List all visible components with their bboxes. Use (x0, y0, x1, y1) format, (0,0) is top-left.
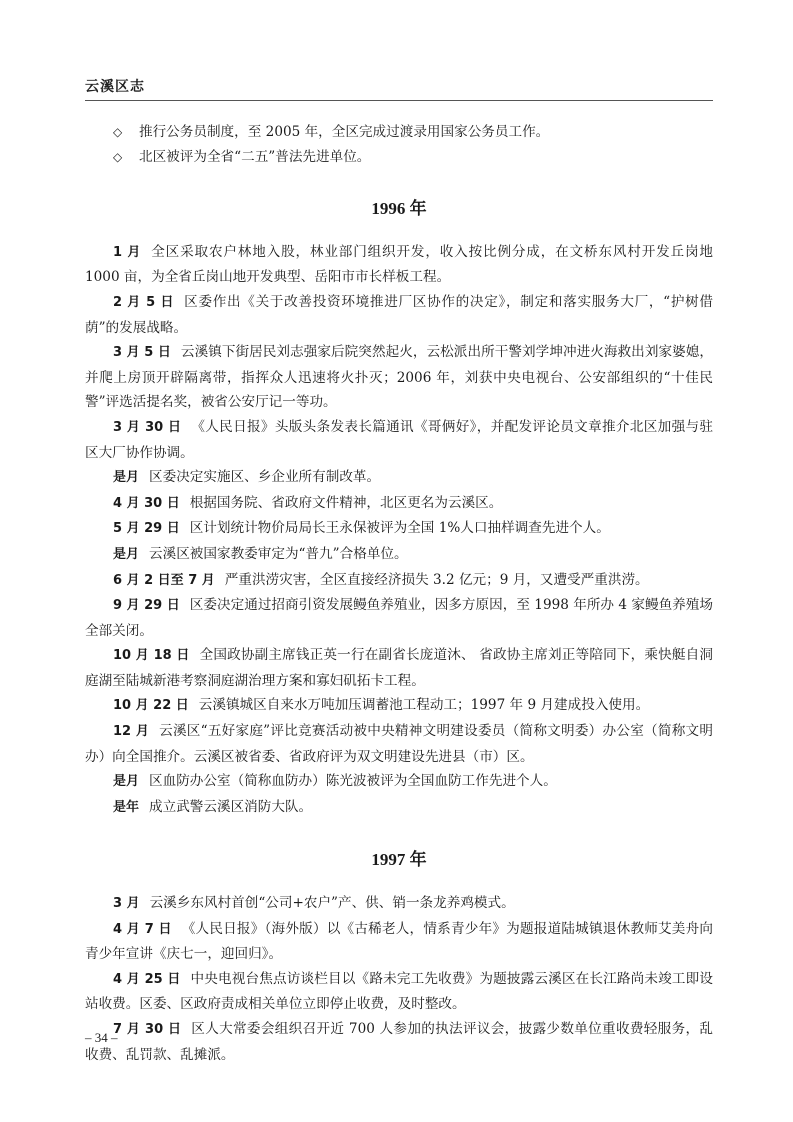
chronicle-entry: 是年成立武警云溪区消防大队。 (85, 795, 713, 821)
chronicle-entry: 3 月 30 日《人民日报》头版头条发表长篇通讯《哥俩好》，并配发评论员文章推介… (85, 415, 713, 465)
year-heading: 1997 年 (85, 848, 713, 873)
running-header: 云溪区志 (85, 76, 145, 96)
bullet-item: ◇ 推行公务员制度，至 2005 年，全区完成过渡录用国家公务员工作。 (113, 120, 713, 145)
chronicle-entry: 7 月 30 日区人大常委会组织召开近 700 人参加的执法评议会，披露少数单位… (85, 1017, 713, 1067)
entry-date: 4 月 30 日 (113, 496, 180, 511)
entry-text: 《人民日报》（海外版）以《古稀老人，情系青少年》为题报道陆城镇退休教师艾美舟向青… (85, 921, 713, 963)
page-content: ◇ 推行公务员制度，至 2005 年，全区完成过渡录用国家公务员工作。 ◇ 北区… (85, 120, 713, 1067)
chronicle-entry: 3 月 5 日云溪镇下街居民刘志强家后院突然起火，云松派出所干警刘学坤冲进火海救… (85, 340, 713, 415)
entry-text: 云溪区被国家教委审定为“普九”合格单位。 (149, 546, 408, 562)
entry-text: 云溪区“五好家庭”评比竞赛活动被中央精神文明建设委员（简称文明委）办公室（简称文… (85, 723, 713, 765)
entry-date: 10 月 18 日 (113, 648, 190, 663)
bullet-text: 推行公务员制度，至 2005 年，全区完成过渡录用国家公务员工作。 (139, 120, 549, 145)
entry-date: 3 月 (113, 896, 140, 911)
chronicle-entry: 3 月云溪乡东风村首创“公司+农户”产、供、销一条龙养鸡模式。 (85, 891, 713, 917)
entry-text: 区委决定实施区、乡企业所有制改革。 (149, 469, 380, 485)
entry-date: 是年 (113, 800, 139, 815)
chronicle-entry: 4 月 7 日《人民日报》（海外版）以《古稀老人，情系青少年》为题报道陆城镇退休… (85, 917, 713, 967)
chronicle-entry: 9 月 29 日区委决定通过招商引资发展鳗鱼养殖业，因多方原因，至 1998 年… (85, 593, 713, 643)
year-section-1996: 1 月全区采取农户林地入股，林业部门组织开发，收入按比例分成，在文桥东风村开发丘… (85, 240, 713, 821)
entry-date: 7 月 30 日 (113, 1022, 181, 1037)
entry-date: 1 月 (113, 245, 141, 260)
chronicle-entry: 5 月 29 日区计划统计物价局局长王永保被评为全国 1%人口抽样调查先进个人。 (85, 516, 713, 542)
entry-text: 云溪镇下街居民刘志强家后院突然起火，云松派出所干警刘学坤冲进火海救出刘家婆媳，并… (85, 344, 713, 410)
chronicle-entry: 10 月 18 日全国政协副主席钱正英一行在副省长庞道沐、 省政协主席刘正等陪同… (85, 643, 713, 693)
entry-date: 是月 (113, 470, 139, 485)
entry-date: 12 月 (113, 724, 149, 739)
entry-text: 云溪镇城区自来水万吨加压调蓄池工程动工；1997 年 9 月建成投入使用。 (199, 697, 649, 713)
chronicle-entry: 4 月 30 日根据国务院、省政府文件精神，北区更名为云溪区。 (85, 491, 713, 517)
entry-date: 是月 (113, 774, 139, 789)
entry-date: 4 月 7 日 (113, 922, 172, 937)
diamond-bullet-icon: ◇ (113, 120, 139, 145)
bullet-text: 北区被评为全省“二五”普法先进单位。 (139, 145, 370, 170)
entry-text: 区委作出《关于改善投资环境推进厂区协作的决定》，制定和落实服务大厂，“护树借荫”… (85, 294, 713, 336)
entry-text: 全区采取农户林地入股，林业部门组织开发，收入按比例分成，在文桥东风村开发丘岗地 … (85, 244, 713, 286)
chronicle-entry: 4 月 25 日中央电视台焦点访谈栏目以《路未完工先收费》为题披露云溪区在长江路… (85, 967, 713, 1017)
entry-date: 2 月 5 日 (113, 295, 174, 310)
diamond-bullet-icon: ◇ (113, 145, 139, 170)
entry-text: 云溪乡东风村首创“公司+农户”产、供、销一条龙养鸡模式。 (150, 895, 515, 911)
header-rule (85, 100, 713, 101)
chronicle-entry: 12 月云溪区“五好家庭”评比竞赛活动被中央精神文明建设委员（简称文明委）办公室… (85, 719, 713, 769)
chronicle-entry: 10 月 22 日云溪镇城区自来水万吨加压调蓄池工程动工；1997 年 9 月建… (85, 693, 713, 719)
chronicle-entry: 是月云溪区被国家教委审定为“普九”合格单位。 (85, 542, 713, 568)
entry-date: 10 月 22 日 (113, 698, 189, 713)
entry-date: 9 月 29 日 (113, 598, 180, 613)
entry-date: 3 月 5 日 (113, 345, 171, 360)
entry-text: 区血防办公室（简称血防办）陈光波被评为全国血防工作先进个人。 (149, 773, 557, 789)
entry-date: 5 月 29 日 (113, 521, 180, 536)
chronicle-entry: 2 月 5 日区委作出《关于改善投资环境推进厂区协作的决定》，制定和落实服务大厂… (85, 290, 713, 340)
year-section-1997: 3 月云溪乡东风村首创“公司+农户”产、供、销一条龙养鸡模式。 4 月 7 日《… (85, 891, 713, 1067)
entry-text: 严重洪涝灾害，全区直接经济损失 3.2 亿元；9 月，又遭受严重洪涝。 (225, 572, 649, 588)
entry-text: 区计划统计物价局局长王永保被评为全国 1%人口抽样调查先进个人。 (190, 520, 610, 536)
chronicle-entry: 6 月 2 日至 7 月严重洪涝灾害，全区直接经济损失 3.2 亿元；9 月，又… (85, 568, 713, 594)
entry-date: 6 月 2 日至 7 月 (113, 573, 215, 588)
page-number: – 34 – (85, 1030, 118, 1046)
entry-date: 3 月 30 日 (113, 420, 181, 435)
entry-date: 4 月 25 日 (113, 972, 181, 987)
year-heading: 1996 年 (85, 197, 713, 222)
chronicle-entry: 1 月全区采取农户林地入股，林业部门组织开发，收入按比例分成，在文桥东风村开发丘… (85, 240, 713, 290)
chronicle-entry: 是月区委决定实施区、乡企业所有制改革。 (85, 465, 713, 491)
chronicle-entry: 是月区血防办公室（简称血防办）陈光波被评为全国血防工作先进个人。 (85, 769, 713, 795)
entry-text: 成立武警云溪区消防大队。 (149, 799, 312, 815)
entry-date: 是月 (113, 547, 139, 562)
bullet-item: ◇ 北区被评为全省“二五”普法先进单位。 (113, 145, 713, 170)
entry-text: 根据国务院、省政府文件精神，北区更名为云溪区。 (190, 495, 503, 511)
